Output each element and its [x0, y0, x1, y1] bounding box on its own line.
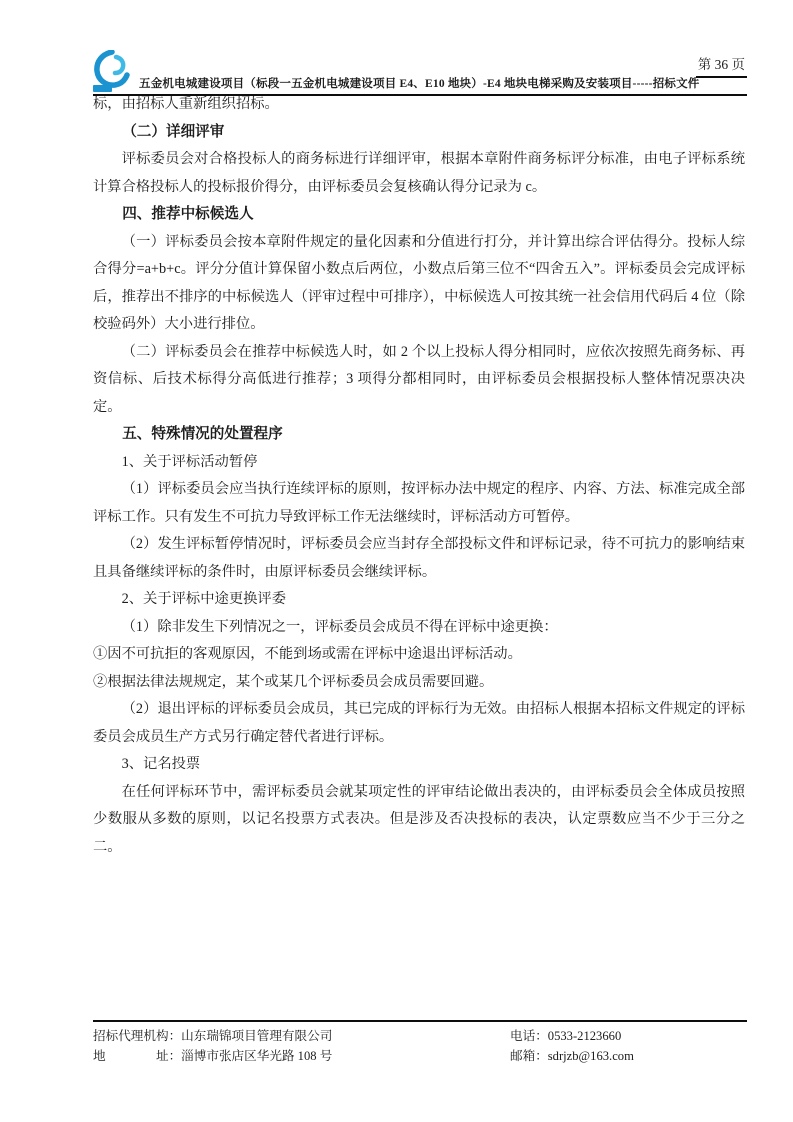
footer-phone: 电话：0533-2123660: [510, 1027, 747, 1047]
section-heading: （二）详细评审: [93, 119, 745, 147]
section-heading: 五、特殊情况的处置程序: [93, 421, 745, 449]
page-number: 第 36 页: [696, 53, 747, 78]
footer-agency: 招标代理机构：山东瑞锦项目管理有限公司: [93, 1027, 510, 1047]
paragraph: 标，由招标人重新组织招标。: [93, 91, 745, 119]
header-title: 五金机电城建设项目（标段一五金机电城建设项目 E4、E10 地块）-E4 地块电…: [139, 75, 700, 91]
paragraph: 1、关于评标活动暂停: [93, 449, 745, 477]
paragraph: ①因不可抗拒的客观原因，不能到场或需在评标中途退出评标活动。: [93, 641, 745, 669]
paragraph: （1）除非发生下列情况之一，评标委员会成员不得在评标中途更换：: [93, 614, 745, 642]
paragraph: （2）发生评标暂停情况时，评标委员会应当封存全部投标文件和评标记录，待不可抗力的…: [93, 531, 745, 586]
document-body: 标，由招标人重新组织招标。（二）详细评审评标委员会对合格投标人的商务标进行详细评…: [93, 91, 745, 861]
paragraph: （二）评标委员会在推荐中标候选人时，如 2 个以上投标人得分相同时，应依次按照先…: [93, 339, 745, 422]
paragraph: 3、记名投票: [93, 751, 745, 779]
paragraph: 2、关于评标中途更换评委: [93, 586, 745, 614]
footer-address: 地 址：淄博市张店区华光路 108 号: [93, 1047, 510, 1067]
section-heading: 四、推荐中标候选人: [93, 201, 745, 229]
paragraph: （一）评标委员会按本章附件规定的量化因素和分值进行打分，并计算出综合评估得分。投…: [93, 229, 745, 339]
paragraph: ②根据法律法规规定，某个或某几个评标委员会成员需要回避。: [93, 669, 745, 697]
paragraph: （1）评标委员会应当执行连续评标的原则，按评标办法中规定的程序、内容、方法、标准…: [93, 476, 745, 531]
document-page: 五金机电城建设项目（标段一五金机电城建设项目 E4、E10 地块）-E4 地块电…: [0, 0, 793, 1122]
paragraph: 评标委员会对合格投标人的商务标进行详细评审，根据本章附件商务标评分标准，由电子评…: [93, 146, 745, 201]
logo-swirl-icon: [93, 50, 133, 92]
paragraph: （2）退出评标的评标委员会成员，其已完成的评标行为无效。由招标人根据本招标文件规…: [93, 696, 745, 751]
paragraph: 在任何评标环节中，需评标委员会就某项定性的评审结论做出表决的，由评标委员会全体成…: [93, 779, 745, 862]
header-bar: 五金机电城建设项目（标段一五金机电城建设项目 E4、E10 地块）-E4 地块电…: [93, 50, 747, 96]
company-logo-icon: [93, 50, 133, 92]
footer-email: 邮箱：sdrjzb@163.com: [510, 1047, 747, 1067]
footer-bar: 招标代理机构：山东瑞锦项目管理有限公司 电话：0533-2123660 地 址：…: [93, 1020, 747, 1066]
